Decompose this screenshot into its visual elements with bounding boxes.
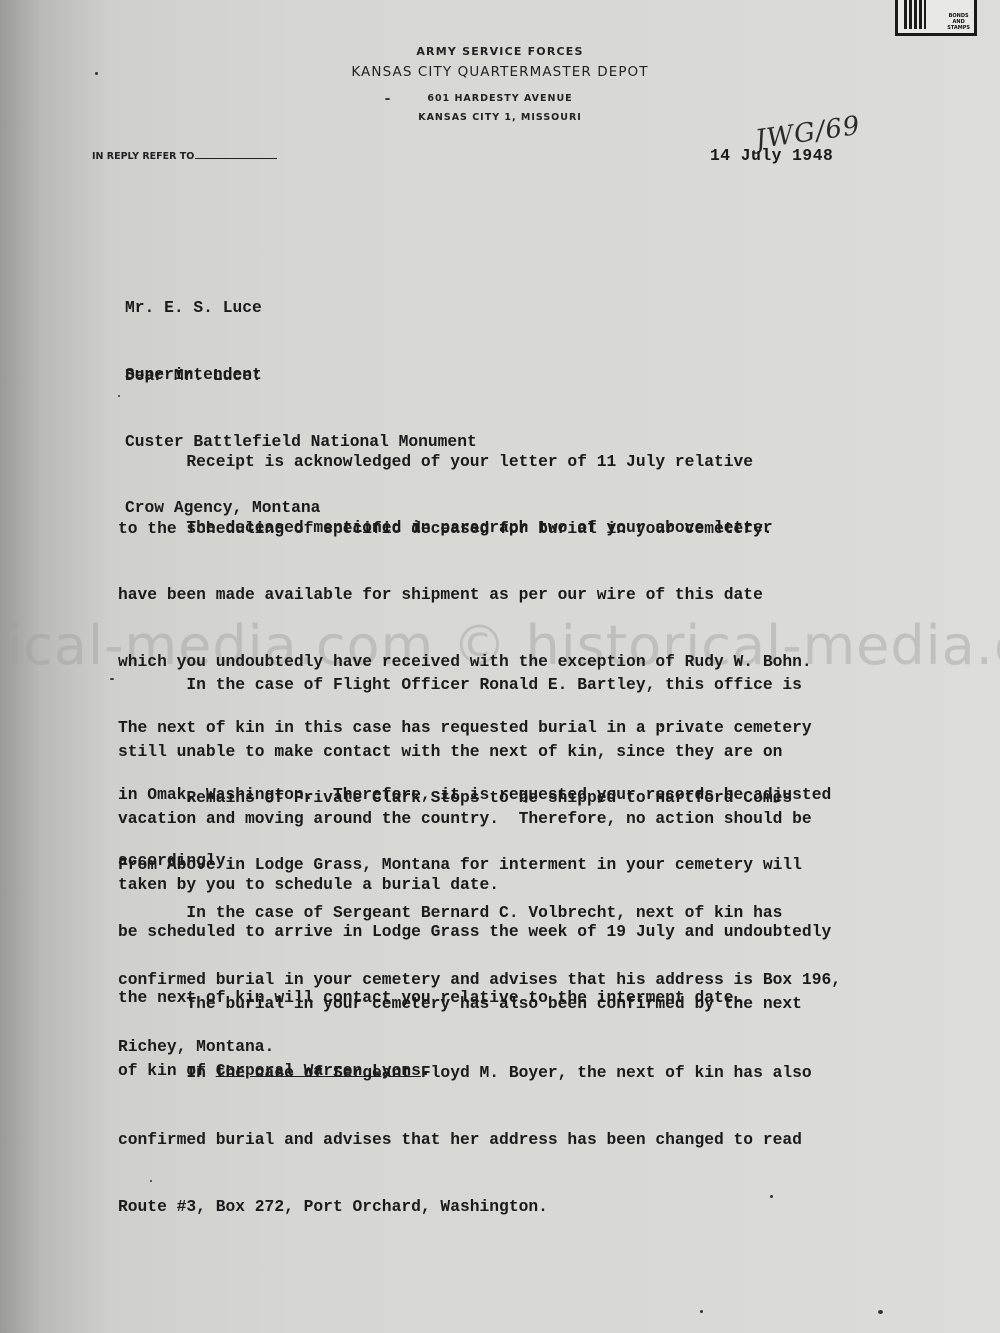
stamp-text: BONDS AND STAMPS — [947, 13, 970, 31]
paper-speck — [118, 395, 120, 397]
paper-speck — [110, 678, 114, 680]
paragraph-line: have been made available for shipment as… — [118, 584, 831, 606]
letterhead-address-line2: KANSAS CITY 1, MISSOURI — [300, 112, 700, 123]
letterhead-depot: KANSAS CITY QUARTERMASTER DEPOT — [300, 64, 700, 80]
reply-refer-field: IN REPLY REFER TO — [92, 151, 277, 162]
paragraph-line: Remains of Private Clark Stops to be shi… — [118, 787, 831, 809]
paper-speck — [770, 1195, 773, 1198]
letter-date: 14 July 1948 — [710, 145, 833, 167]
paragraph-line: In the case of Sergeant Floyd M. Boyer, … — [118, 1062, 812, 1084]
paper-speck — [385, 98, 390, 100]
reply-refer-blank-line — [195, 158, 277, 159]
paper-speck — [660, 724, 663, 727]
war-bonds-stamp: BONDS AND STAMPS — [895, 0, 977, 36]
stamp-figure-icon — [904, 0, 926, 29]
paragraph-line: The burial in your cemetery has also bee… — [118, 993, 802, 1015]
paper-speck — [700, 1310, 703, 1313]
paragraph-line: In the case of Sergeant Bernard C. Volbr… — [118, 902, 841, 924]
paragraph-line: Receipt is acknowledged of your letter o… — [118, 451, 773, 473]
paragraph-7: In the case of Sergeant Floyd M. Boyer, … — [118, 1018, 812, 1240]
paragraph-line: The deceased mentioned in paragraph two … — [118, 517, 831, 539]
reply-refer-label: IN REPLY REFER TO — [92, 151, 194, 162]
salutation: Dear Mr. Luce: — [125, 365, 262, 387]
letterhead-organization: ARMY SERVICE FORCES — [300, 45, 700, 58]
paragraph-line: In the case of Flight Officer Ronald E. … — [118, 674, 812, 696]
paper-speck — [95, 72, 98, 75]
paper-speck — [878, 1310, 883, 1314]
paper-speck — [150, 1180, 152, 1182]
recipient-line: Mr. E. S. Luce — [125, 297, 477, 319]
letterhead-address-line1: 601 HARDESTY AVENUE — [300, 93, 700, 104]
paragraph-line: Route #3, Box 272, Port Orchard, Washing… — [118, 1196, 812, 1218]
paragraph-line: confirmed burial and advises that her ad… — [118, 1129, 812, 1151]
